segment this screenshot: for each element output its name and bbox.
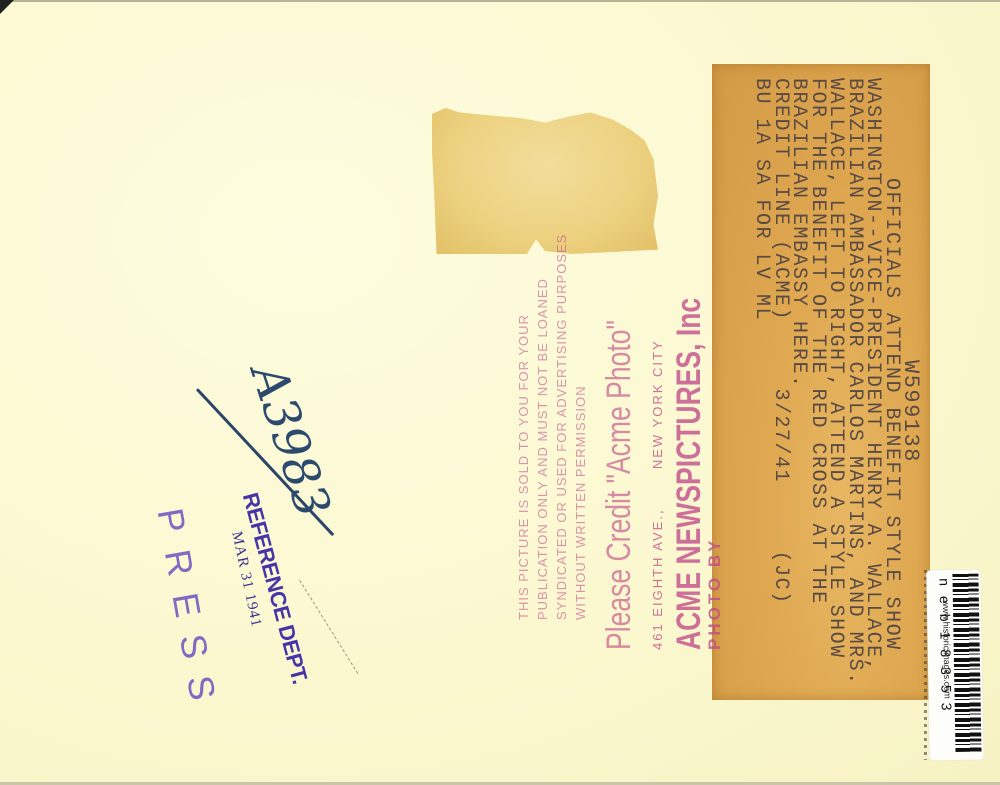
caption-credit-line: CREDIT LINE (ACME) 3/27/41 (JC): [771, 78, 790, 686]
acme-newspictures-stamp: PHOTO BY ACME NEWSPICTURES, Inc 461 EIGH…: [500, 250, 730, 650]
paper-edge-top: [0, 0, 1000, 2]
caption-serial: W599138: [900, 78, 920, 686]
company-name: ACME NEWSPICTURES, Inc: [670, 298, 709, 650]
credit-line: Please Credit "Acme Photo": [600, 320, 639, 650]
caption-code-line: BU 1A SA FOR LV ML: [752, 78, 771, 686]
caption-slip: W599138 OFFICIALS ATTEND BENEFIT STYLE S…: [712, 64, 930, 700]
caption-line: BRAZILIAN AMBASSADOR CARLOS MARTINS, AND…: [845, 78, 864, 686]
caption-text: W599138 OFFICIALS ATTEND BENEFIT STYLE S…: [712, 64, 930, 700]
company-address: 461 EIGHTH AVE., NEW YORK CITY: [650, 339, 665, 650]
barcode-sticker: neb18353 www.historicimages.com: [926, 570, 983, 761]
torn-glue-patch: [432, 108, 658, 254]
usage-notice: THIS PICTURE IS SOLD TO YOU FOR YOUR PUB…: [514, 234, 590, 620]
caption-headline: OFFICIALS ATTEND BENEFIT STYLE SHOW: [882, 78, 901, 686]
barcode-icon: [952, 574, 981, 752]
caption-line: FOR THE BENEFIT OF THE RED CROSS AT THE: [808, 78, 827, 686]
